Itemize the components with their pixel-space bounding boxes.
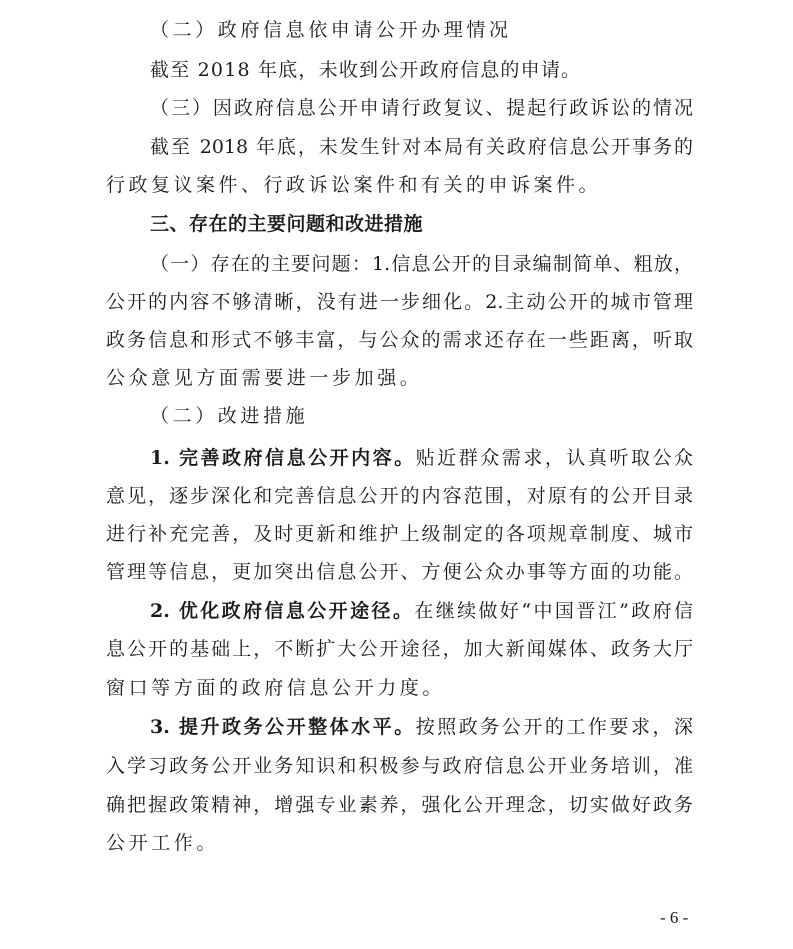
paragraph-line: 行政复议案件、行政诉讼案件和有关的申诉案件。 [106, 170, 693, 200]
subheading-2-3: （三）因政府信息公开申请行政复议、提起行政诉讼的情况 [150, 93, 693, 123]
measure-title-3: 3. 提升政务公开整体水平。 [150, 716, 416, 738]
subheading-2-2: （二）政府信息依申请公开办理情况 [150, 15, 693, 45]
measure-text-2: 在继续做好“中国晋江”政府信 [414, 600, 693, 622]
paragraph-line: 公开的内容不够清晰，没有进一步细化。2.主动公开的城市管理 [106, 287, 693, 317]
paragraph-line: 公众意见方面需要进一步加强。 [106, 363, 693, 393]
measure-text-3: 按照政务公开的工作要求，深 [416, 716, 693, 738]
section-heading-3: 三、存在的主要问题和改进措施 [150, 209, 693, 239]
paragraph-line: 截至 2018 年底，未收到公开政府信息的申请。 [150, 55, 693, 85]
paragraph-line: 公开工作。 [106, 828, 693, 858]
measure-item-3: 3. 提升政务公开整体水平。按照政务公开的工作要求，深 [150, 712, 693, 742]
paragraph-line: 截至 2018 年底，未发生针对本局有关政府信息公开事务的 [150, 132, 693, 162]
subheading-3-2: （二）改进措施 [150, 401, 693, 431]
subheading-3-1: （一）存在的主要问题：1.信息公开的目录编制简单、粗放， [150, 249, 693, 279]
paragraph-line: 窗口等方面的政府信息公开力度。 [106, 673, 693, 703]
measure-title-2: 2. 优化政府信息公开途径。 [150, 600, 414, 622]
measure-item-2: 2. 优化政府信息公开途径。在继续做好“中国晋江”政府信 [150, 596, 693, 626]
paragraph-line: 入学习政务公开业务知识和积极参与政府信息公开业务培训，准 [106, 751, 693, 781]
paragraph-line: 息公开的基础上，不断扩大公开途径，加大新闻媒体、政务大厅 [106, 634, 693, 664]
paragraph-line: 意见，逐步深化和完善信息公开的内容范围，对原有的公开目录 [106, 481, 693, 511]
paragraph-line: 政务信息和形式不够丰富，与公众的需求还存在一些距离，听取 [106, 325, 693, 355]
measure-text-1: 贴近群众需求，认真听取公众 [416, 447, 693, 469]
paragraph-line: 管理等信息，更加突出信息公开、方便公众办事等方面的功能。 [106, 557, 693, 587]
paragraph-line: 进行补充完善，及时更新和维护上级制定的各项规章制度、城市 [106, 519, 693, 549]
paragraph-line: 确把握政策精神，增强专业素养，强化公开理念，切实做好政务 [106, 790, 693, 820]
measure-title-1: 1. 完善政府信息公开内容。 [150, 447, 416, 469]
page-number: - 6 - [660, 908, 688, 928]
document-page: （二）政府信息依申请公开办理情况 截至 2018 年底，未收到公开政府信息的申请… [0, 0, 793, 949]
measure-item-1: 1. 完善政府信息公开内容。贴近群众需求，认真听取公众 [150, 443, 693, 473]
